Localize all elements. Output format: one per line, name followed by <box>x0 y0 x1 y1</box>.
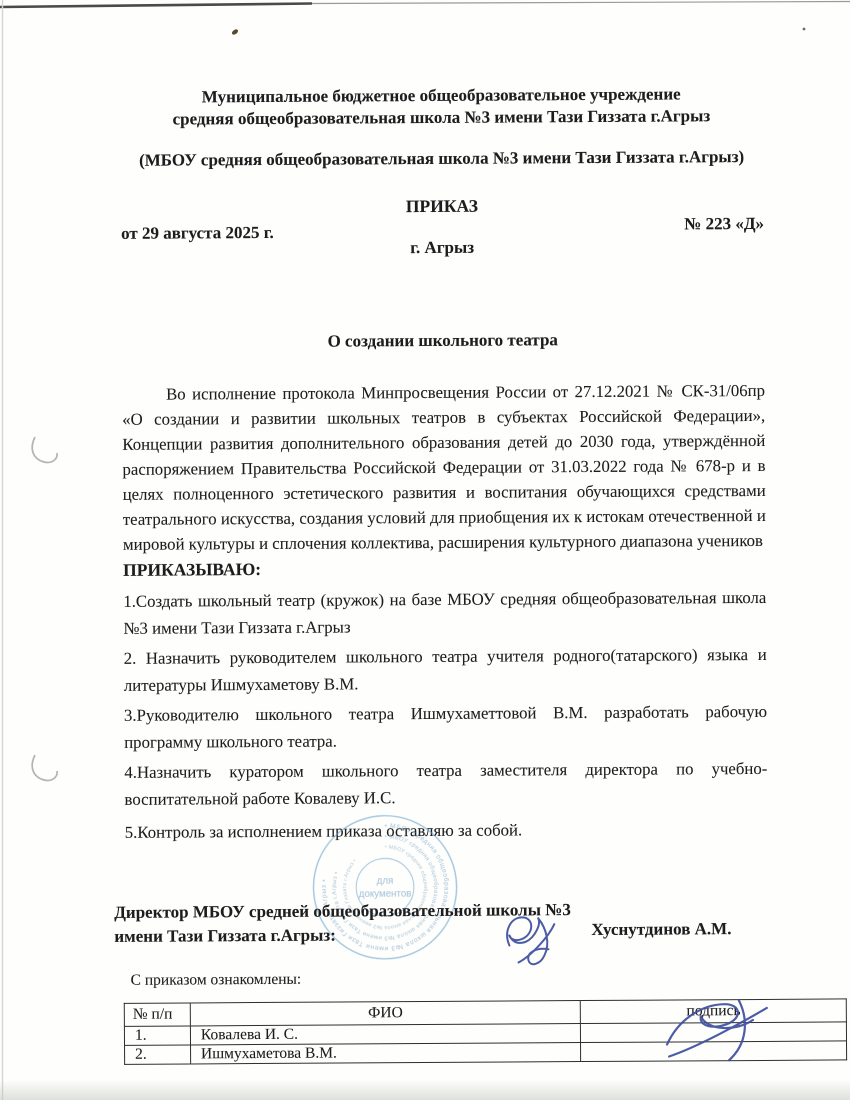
doc-title: О создании школьного театра <box>122 329 764 353</box>
row-name-cell: Ишмухаметова В.М. <box>190 1043 581 1064</box>
table-header-name: ФИО <box>190 1001 581 1026</box>
order-item-2: 2. Назначить руководителем школьного теа… <box>124 641 767 699</box>
acknowledged-label: С приказом ознакомлены: <box>131 971 302 990</box>
doc-city: г. Агрыз <box>121 236 763 260</box>
row-name-cell: Ковалева И. С. <box>190 1024 581 1045</box>
order-item-3: 3.Руководителю школьного театра Ишмухаме… <box>124 698 767 756</box>
scan-bottom-edge-shadow <box>0 1080 850 1100</box>
document-page: Муниципальное бюджетное общеобразователь… <box>0 0 850 1100</box>
order-item-1: 1.Создать школьный театр (кружок) на баз… <box>123 584 766 642</box>
row-number-cell: 2. <box>125 1045 191 1064</box>
doc-number: № 223 «Д» <box>564 214 764 235</box>
preamble-paragraph: Во исполнение протокола Минпросвещения Р… <box>122 378 766 557</box>
table-handwritten-signature <box>651 994 786 1069</box>
org-abbreviation: (МБОУ средняя общеобразовательная школа … <box>91 147 793 171</box>
stamp-center-line2: документов <box>359 888 412 899</box>
row-number-cell: 1. <box>124 1026 190 1045</box>
stamp-center-line1: для <box>377 875 394 886</box>
org-name-header: Муниципальное бюджетное общеобразователь… <box>100 83 782 131</box>
org-name-line2: средняя общеобразовательная школа №3 име… <box>100 105 782 131</box>
table-header-num: № п/п <box>124 1003 190 1026</box>
director-name: Хуснутдинов А.М. <box>591 919 731 940</box>
order-item-4: 4.Назначить куратором школьного театра з… <box>124 755 767 813</box>
document-content: Муниципальное бюджетное общеобразователь… <box>0 0 850 1100</box>
director-handwritten-signature <box>495 909 569 971</box>
order-word: ПРИКАЗЫВАЮ: <box>123 559 261 581</box>
